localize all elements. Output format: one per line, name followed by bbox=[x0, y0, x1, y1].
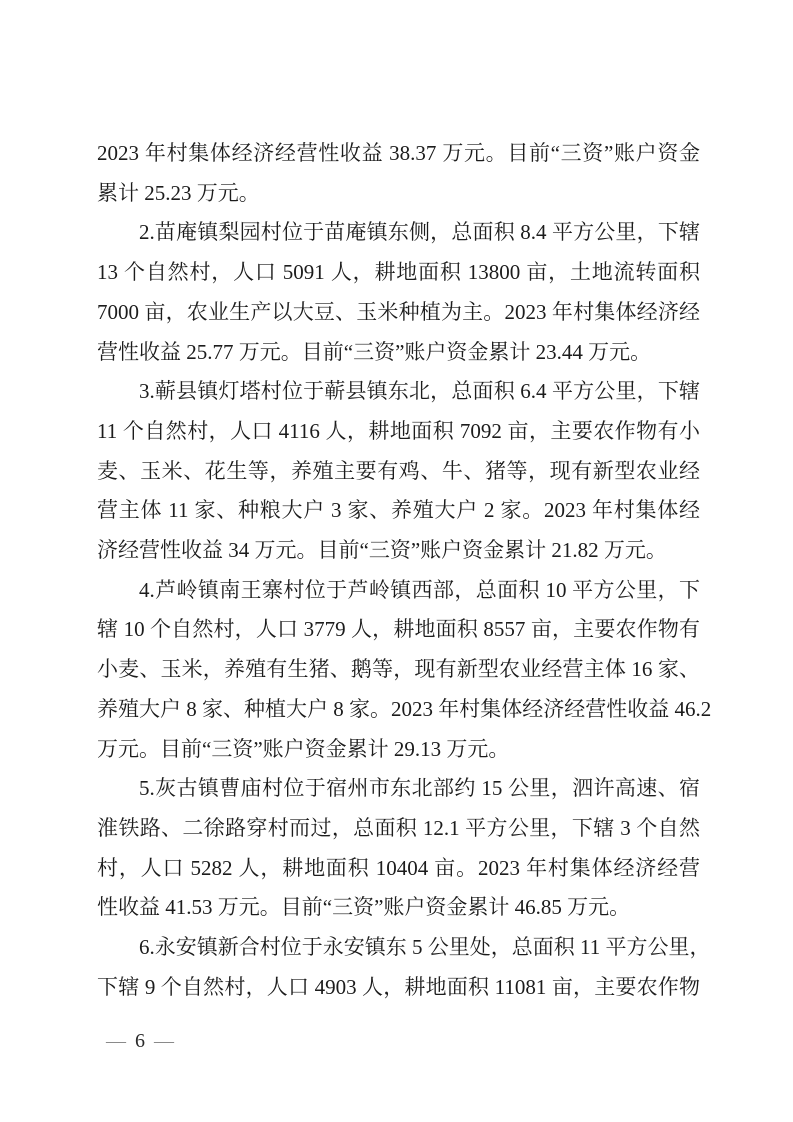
paragraph: 3.蕲县镇灯塔村位于蕲县镇东北，总面积 6.4 平方公里，下辖11 个自然村，人… bbox=[97, 372, 700, 571]
text-line: 麦、玉米、花生等，养殖主要有鸡、牛、猪等，现有新型农业经 bbox=[97, 452, 700, 492]
text-line: 2.苗庵镇梨园村位于苗庵镇东侧，总面积 8.4 平方公里，下辖 bbox=[97, 213, 700, 253]
footer-dash-right: — bbox=[145, 1030, 183, 1052]
text-line: 2023 年村集体经济经营性收益 38.37 万元。目前“三资”账户资金 bbox=[97, 134, 700, 174]
page-footer: —6— bbox=[97, 1028, 183, 1054]
document-body: 2023 年村集体经济经营性收益 38.37 万元。目前“三资”账户资金累计 2… bbox=[97, 134, 700, 1007]
text-line: 累计 25.23 万元。 bbox=[97, 174, 700, 214]
text-line: 11 个自然村，人口 4116 人，耕地面积 7092 亩，主要农作物有小 bbox=[97, 412, 700, 452]
page-number: 6 bbox=[135, 1030, 145, 1052]
paragraph: 2.苗庵镇梨园村位于苗庵镇东侧，总面积 8.4 平方公里，下辖13 个自然村，人… bbox=[97, 213, 700, 372]
paragraph: 5.灰古镇曹庙村位于宿州市东北部约 15 公里，泗许高速、宿淮铁路、二徐路穿村而… bbox=[97, 769, 700, 928]
text-line: 小麦、玉米，养殖有生猪、鹅等，现有新型农业经营主体 16 家、 bbox=[97, 650, 700, 690]
text-line: 13 个自然村，人口 5091 人，耕地面积 13800 亩，土地流转面积 bbox=[97, 253, 700, 293]
text-line: 淮铁路、二徐路穿村而过，总面积 12.1 平方公里，下辖 3 个自然 bbox=[97, 809, 700, 849]
document-page: 2023 年村集体经济经营性收益 38.37 万元。目前“三资”账户资金累计 2… bbox=[0, 0, 793, 1122]
text-line: 下辖 9 个自然村，人口 4903 人，耕地面积 11081 亩，主要农作物 bbox=[97, 968, 700, 1008]
text-line: 4.芦岭镇南王寨村位于芦岭镇西部，总面积 10 平方公里，下 bbox=[97, 571, 700, 611]
paragraph: 2023 年村集体经济经营性收益 38.37 万元。目前“三资”账户资金累计 2… bbox=[97, 134, 700, 213]
text-line: 6.永安镇新合村位于永安镇东 5 公里处，总面积 11 平方公里， bbox=[97, 928, 700, 968]
text-line: 性收益 41.53 万元。目前“三资”账户资金累计 46.85 万元。 bbox=[97, 888, 700, 928]
text-line: 营性收益 25.77 万元。目前“三资”账户资金累计 23.44 万元。 bbox=[97, 333, 700, 373]
text-line: 济经营性收益 34 万元。目前“三资”账户资金累计 21.82 万元。 bbox=[97, 531, 700, 571]
text-line: 7000 亩，农业生产以大豆、玉米种植为主。2023 年村集体经济经 bbox=[97, 293, 700, 333]
paragraph: 6.永安镇新合村位于永安镇东 5 公里处，总面积 11 平方公里，下辖 9 个自… bbox=[97, 928, 700, 1007]
text-line: 村，人口 5282 人，耕地面积 10404 亩。2023 年村集体经济经营 bbox=[97, 849, 700, 889]
paragraph: 4.芦岭镇南王寨村位于芦岭镇西部，总面积 10 平方公里，下辖 10 个自然村，… bbox=[97, 571, 700, 770]
text-line: 辖 10 个自然村，人口 3779 人，耕地面积 8557 亩，主要农作物有 bbox=[97, 610, 700, 650]
footer-dash-left: — bbox=[97, 1030, 135, 1052]
text-line: 5.灰古镇曹庙村位于宿州市东北部约 15 公里，泗许高速、宿 bbox=[97, 769, 700, 809]
text-line: 万元。目前“三资”账户资金累计 29.13 万元。 bbox=[97, 730, 700, 770]
text-line: 3.蕲县镇灯塔村位于蕲县镇东北，总面积 6.4 平方公里，下辖 bbox=[97, 372, 700, 412]
text-line: 营主体 11 家、种粮大户 3 家、养殖大户 2 家。2023 年村集体经 bbox=[97, 491, 700, 531]
text-line: 养殖大户 8 家、种植大户 8 家。2023 年村集体经济经营性收益 46.2 bbox=[97, 690, 700, 730]
